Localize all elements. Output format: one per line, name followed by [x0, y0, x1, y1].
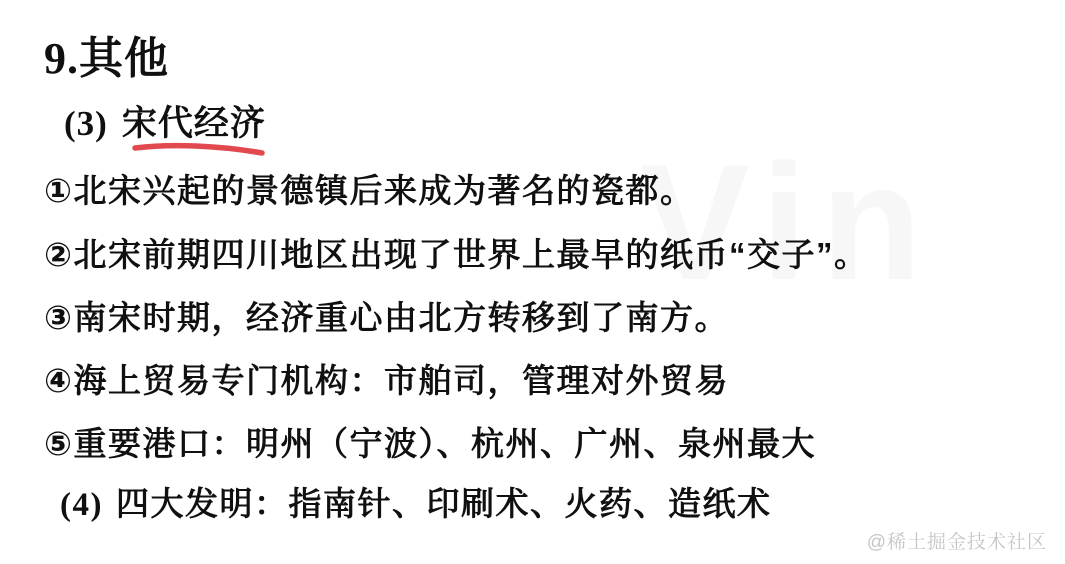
- red-underline: [131, 141, 267, 159]
- title-text: 其他: [79, 34, 169, 83]
- notes-page: Vin 9.其他 (3)宋代经济 ①北宋兴起的景德镇后来成为著名的瓷都。 ②北宋…: [0, 0, 1065, 564]
- section3-title: 宋代经济: [122, 104, 266, 143]
- point-2: ②北宋前期四川地区出现了世界上最早的纸币“交子”。: [44, 229, 868, 276]
- page-title: 9.其他: [44, 22, 169, 86]
- section4-line: (4)四大发明：指南针、印刷术、火药、造纸术: [60, 478, 771, 525]
- title-number: 9.: [44, 34, 79, 83]
- ghost-watermark: Vin: [640, 128, 936, 317]
- section4-number: (4): [60, 487, 103, 523]
- red-underline-stroke: [135, 146, 262, 153]
- point-3: ③南宋时期，经济重心由北方转移到了南方。: [44, 292, 729, 339]
- section3-number: (3): [64, 104, 108, 143]
- point-5: ⑤重要港口：明州（宁波）、杭州、广州、泉州最大: [44, 418, 816, 465]
- point-4: ④海上贸易专门机构：市舶司，管理对外贸易: [44, 355, 729, 402]
- point-1: ①北宋兴起的景德镇后来成为著名的瓷都。: [44, 165, 694, 212]
- section3-heading: (3)宋代经济: [64, 96, 266, 146]
- section4-text: 四大发明：指南针、印刷术、火药、造纸术: [116, 485, 772, 522]
- community-watermark: @稀土掘金技术社区: [867, 527, 1047, 554]
